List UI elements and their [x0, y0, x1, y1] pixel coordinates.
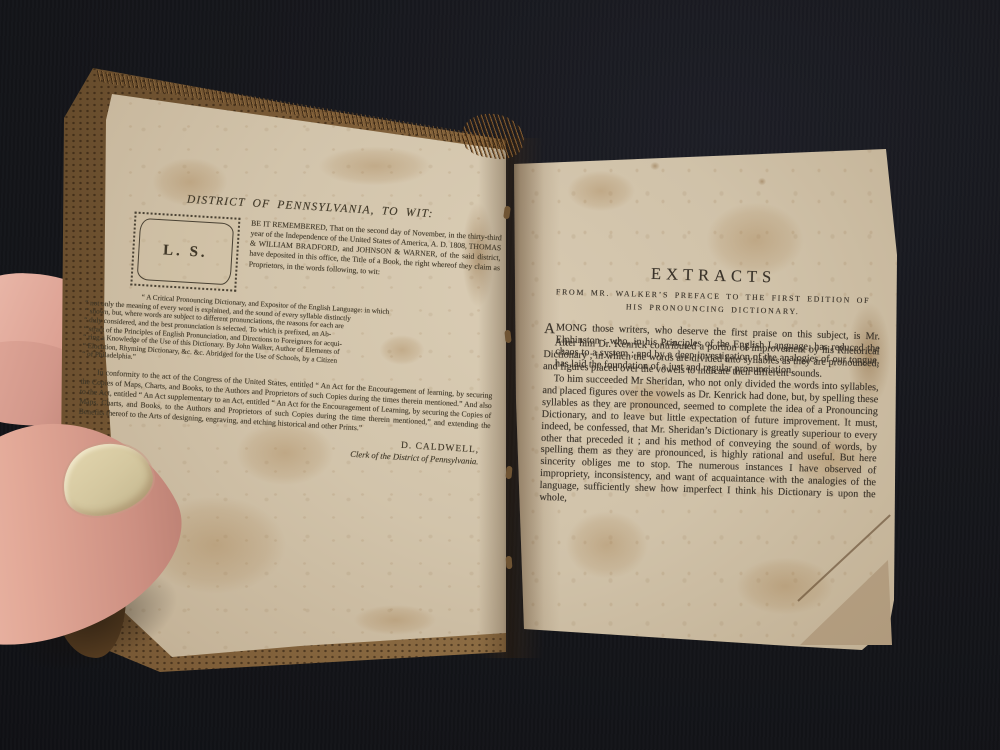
left-page-text-block: DISTRICT OF PENNSYLVANIA, TO WIT: L. S. …: [77, 188, 503, 467]
paragraph-sheridan: To him succeeded Mr Sheridan, who not on…: [539, 373, 879, 514]
notary-seal-inner-frame: L. S.: [137, 218, 235, 285]
foxing-spot: [756, 176, 768, 187]
binding-stitch: [504, 330, 511, 344]
paragraph-elphinston: AMONG those writers, who deserve the fir…: [544, 322, 880, 346]
right-page-text-block: EXTRACTS FROM MR. WALKER’S PREFACE TO TH…: [539, 261, 882, 513]
extracts-body: AMONG those writers, who deserve the fir…: [539, 322, 880, 513]
foxing-stain: [720, 548, 850, 624]
seal-initials: L. S.: [163, 242, 209, 262]
deposit-paragraph: BE IT REMEMBERED, That on the second day…: [247, 219, 502, 308]
binding-stitch: [506, 556, 513, 569]
foxing-stain: [300, 140, 450, 192]
book-title-quotation: “ A Critical Pronouncing Dictionary, and…: [82, 290, 497, 383]
seal-and-deposit-row: L. S. BE IT REMEMBERED, That on the seco…: [86, 209, 502, 307]
foxing-spot: [648, 160, 662, 172]
foxing-stain: [552, 500, 662, 590]
notary-seal: L. S.: [130, 212, 240, 292]
drop-cap: A: [544, 321, 556, 337]
paragraph-elphinston-text: MONG those writers, who deserve the firs…: [555, 322, 880, 379]
foxing-stain: [340, 600, 450, 640]
photo-of-antique-book: DISTRICT OF PENNSYLVANIA, TO WIT: L. S. …: [0, 0, 1000, 750]
foxing-stain: [556, 164, 646, 218]
